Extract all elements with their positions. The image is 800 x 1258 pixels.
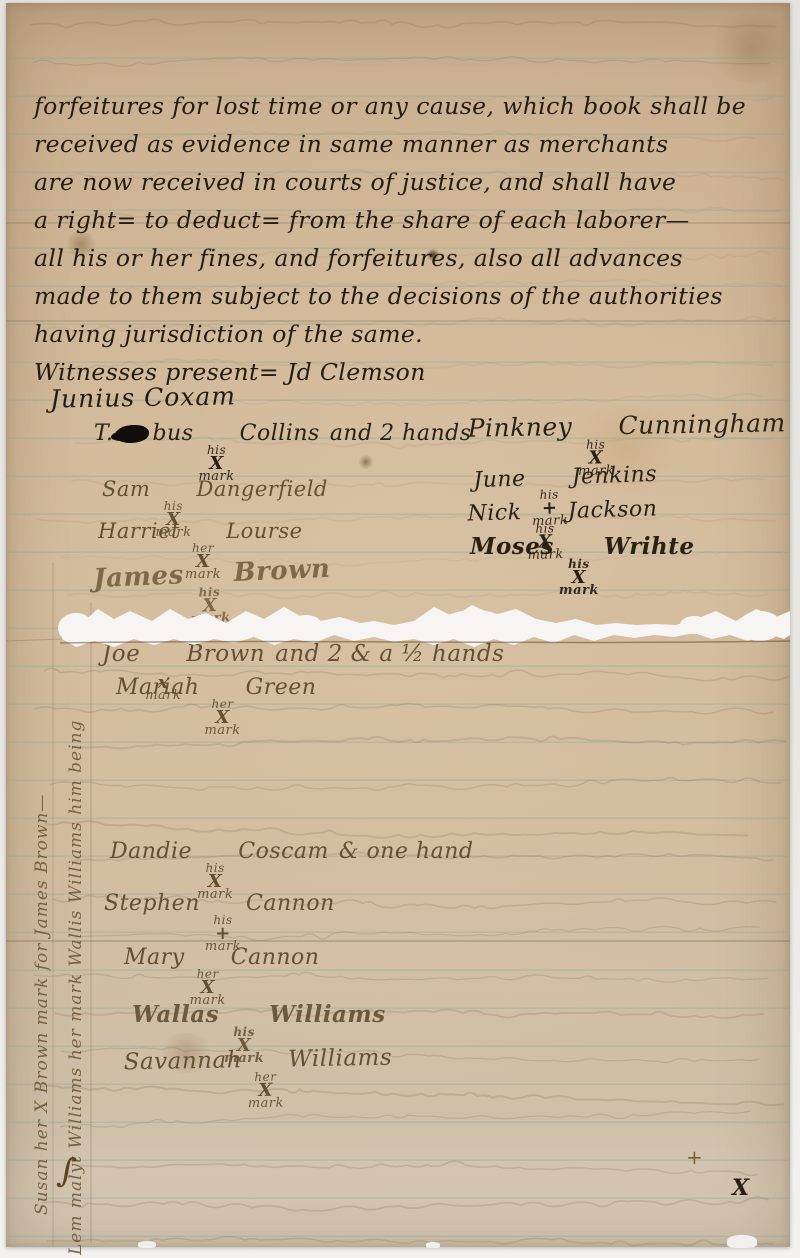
signer-name: Wallas — [132, 1001, 219, 1028]
signer-name: Harriet — [98, 519, 180, 543]
scanner-background: forfeitures for lost time or any cause, … — [0, 0, 800, 1258]
witness-signature: Junius Coxam — [50, 381, 236, 413]
body-line: forfeitures for lost time or any cause, … — [34, 87, 782, 125]
signer-surname: Cannon — [246, 891, 335, 916]
torn-edge-notch — [138, 1241, 156, 1248]
x-mark: X — [732, 1175, 749, 1201]
document-page: forfeitures for lost time or any cause, … — [6, 3, 790, 1247]
hands-note: & one hand — [339, 839, 474, 864]
paper-tear — [6, 595, 790, 675]
signer-surname: Green — [246, 675, 317, 700]
signature-row-wrihte: MoseshisXmarkWrihte — [470, 533, 695, 596]
signer-surname: Dangerfield — [197, 477, 328, 501]
signer-surname: Lourse — [226, 519, 302, 543]
contract-body-text: forfeitures for lost time or any cause, … — [34, 87, 782, 391]
signer-name: Moses — [470, 533, 554, 560]
signer-surname: Wrihte — [604, 533, 695, 560]
cross-mark: + — [686, 1145, 703, 1169]
signer-name: Pinkney — [467, 412, 572, 443]
signer-surname: Cannon — [231, 945, 320, 970]
torn-edge-notch — [426, 1242, 440, 1248]
signer-name: James — [93, 560, 185, 594]
signer-name: Mariah — [116, 675, 199, 700]
her-mark-x: herXmark — [247, 1072, 284, 1110]
signer-surname: Williams — [288, 1045, 392, 1073]
signer-surname: Jenkins — [571, 462, 657, 490]
signer-initial: T. — [94, 421, 113, 446]
signature-row-collins: T.bushisXmarkCollinsand 2 hands — [94, 421, 472, 482]
signer-surname: Jackson — [567, 497, 657, 524]
signer-surname: Coscam — [238, 839, 329, 864]
signer-surname: Brown — [233, 554, 331, 588]
his-mark-x: hisXmark — [559, 559, 599, 596]
body-line: having jurisdiction of the same. — [34, 315, 782, 353]
signer-name: Stephen — [104, 891, 200, 916]
signer-name: bus — [152, 421, 193, 446]
signer-name: Dandie — [110, 839, 192, 864]
signer-surname: Collins — [240, 421, 320, 446]
her-mark-x: herXmark — [204, 699, 240, 736]
signer-name: Sam — [102, 477, 150, 501]
signature-row-mary-cannon: MaryherXmarkCannon — [124, 945, 319, 1006]
body-line: a right= to deduct= from the share of ea… — [34, 201, 782, 239]
signer-surname: Williams — [269, 1001, 386, 1028]
body-line: all his or her fines, and forfeitures, a… — [34, 239, 782, 277]
body-line: made to them subject to the decisions of… — [34, 277, 782, 315]
signer-name: June — [473, 466, 526, 493]
body-line: are now received in courts of justice, a… — [34, 163, 782, 201]
signer-name: Nick — [467, 500, 522, 526]
ink-blot — [115, 425, 149, 443]
signature-row-stephen-cannon: Stephenhis+markCannon — [104, 891, 335, 952]
torn-edge-notch — [727, 1235, 757, 1248]
signature-row-green: MariahherXmarkGreen — [116, 675, 316, 736]
signer-name: Mary — [124, 945, 185, 970]
signer-name: Savannah — [123, 1047, 242, 1075]
signature-row-savannah-williams: SavannahherXmarkWilliams — [123, 1045, 393, 1112]
signer-surname: Cunningham — [618, 408, 786, 440]
vertical-note-susan-brown: Susan her X Brown mark for James Brown— — [32, 635, 52, 1215]
body-line: received as evidence in same manner as m… — [34, 125, 782, 163]
hands-note: and 2 hands — [330, 421, 472, 446]
